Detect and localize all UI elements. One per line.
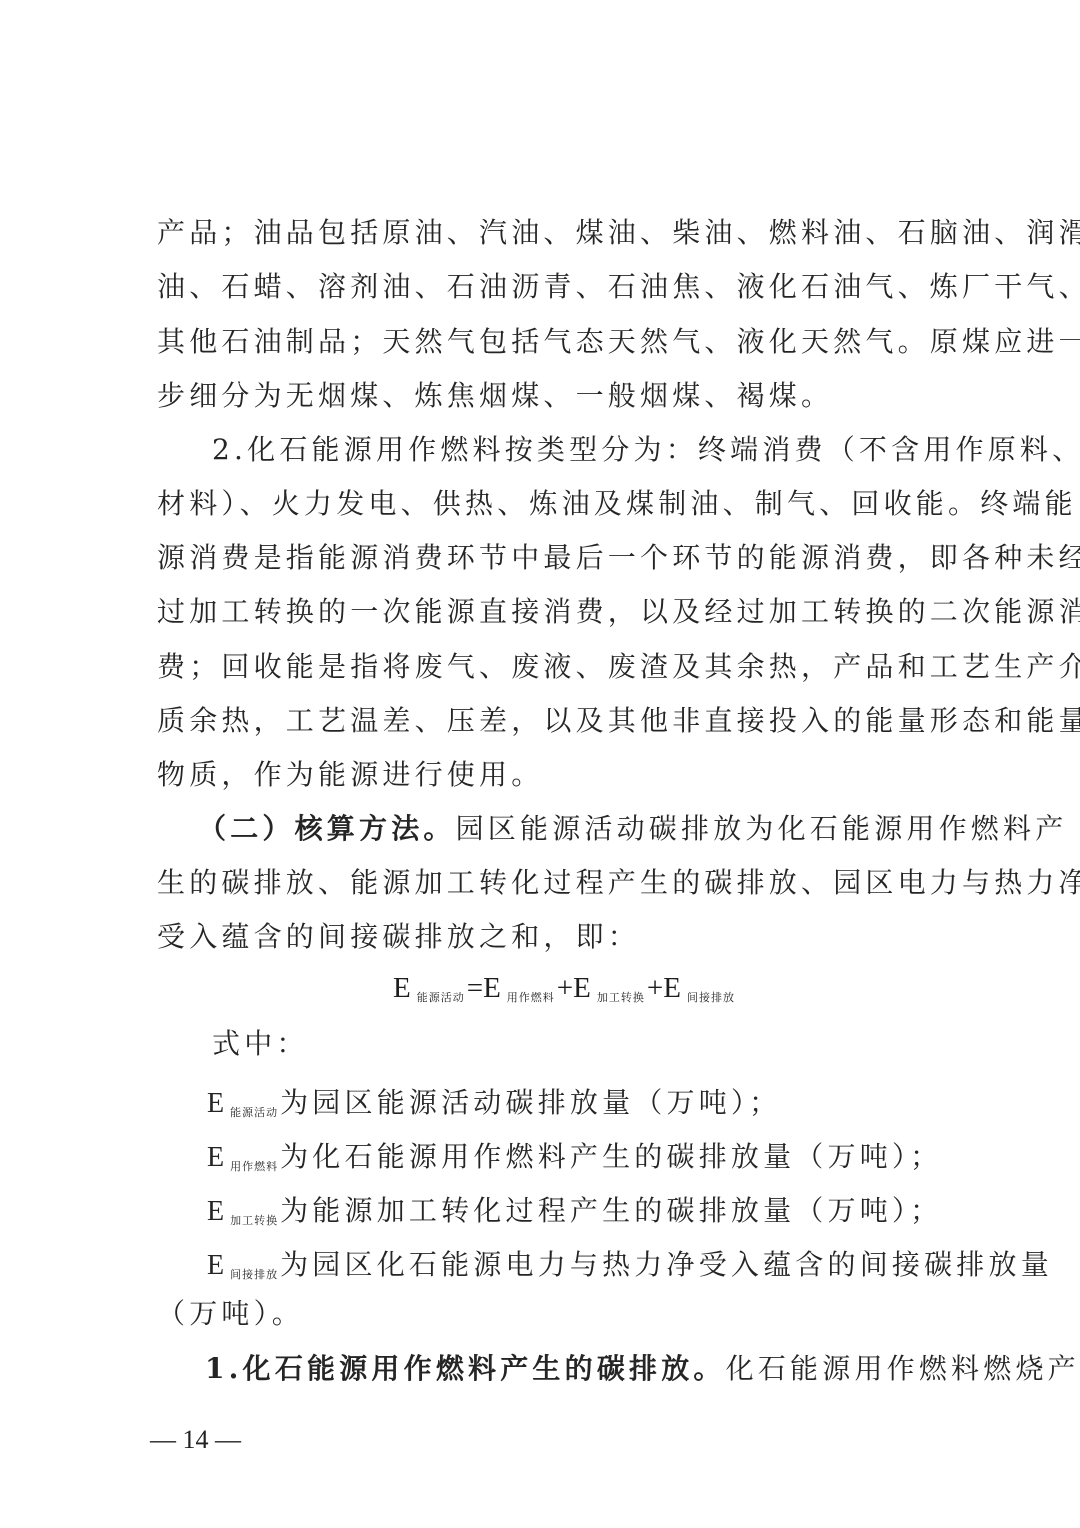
paragraph-line: 受入蕴含的间接碳排放之和，即： <box>157 920 942 954</box>
paragraph-line: 源消费是指能源消费环节中最后一个环节的能源消费，即各种未经 <box>157 541 942 575</box>
paragraph-line: 1.化石能源用作燃料产生的碳排放。化石能源用作燃料燃烧产 <box>205 1352 942 1386</box>
paragraph-line: 油、石蜡、溶剂油、石油沥青、石油焦、液化石油气、炼厂干气、 <box>157 270 942 304</box>
emission-formula: E能源活动=E用作燃料+E加工转换+E间接排放 <box>393 972 737 1005</box>
paragraph-line: 材料）、火力发电、供热、炼油及煤制油、制气、回收能。终端能 <box>157 487 942 521</box>
document-page: 产品；油品包括原油、汽油、煤油、柴油、燃料油、石脑油、润滑 油、石蜡、溶剂油、石… <box>0 0 1080 1528</box>
definition-continuation: （万吨）。 <box>157 1297 942 1331</box>
definition-item: E用作燃料为化石能源用作燃料产生的碳排放量（万吨）； <box>207 1135 942 1175</box>
paragraph-line: 物质，作为能源进行使用。 <box>157 758 942 792</box>
paragraph-line: 费；回收能是指将废气、废液、废渣及其余热，产品和工艺生产介 <box>157 650 942 684</box>
paragraph-line: 过加工转换的一次能源直接消费，以及经过加工转换的二次能源消 <box>157 595 942 629</box>
page-number: — 14 — <box>150 1425 241 1455</box>
paragraph-line: 步细分为无烟煤、炼焦烟煤、一般烟煤、褐煤。 <box>157 379 942 413</box>
definition-item: E间接排放为园区化石能源电力与热力净受入蕴含的间接碳排放量 <box>207 1243 1053 1283</box>
paragraph-line: 2.化石能源用作燃料按类型分为：终端消费（不含用作原料、 <box>212 433 942 467</box>
paragraph-line: 生的碳排放、能源加工转化过程产生的碳排放、园区电力与热力净 <box>157 866 942 900</box>
definition-item: E加工转换为能源加工转化过程产生的碳排放量（万吨）； <box>207 1189 942 1229</box>
paragraph-line: 产品；油品包括原油、汽油、煤油、柴油、燃料油、石脑油、润滑 <box>157 216 942 250</box>
paragraph-line: （二）核算方法。园区能源活动碳排放为化石能源用作燃料产 <box>198 812 942 846</box>
definition-item: E能源活动为园区能源活动碳排放量（万吨）； <box>207 1081 781 1121</box>
section-heading: （二）核算方法。 <box>198 812 456 845</box>
where-label: 式中： <box>212 1027 942 1061</box>
subsection-heading: 1.化石能源用作燃料产生的碳排放。 <box>205 1352 726 1385</box>
paragraph-line: 其他石油制品；天然气包括气态天然气、液化天然气。原煤应进一 <box>157 325 942 359</box>
paragraph-line: 质余热，工艺温差、压差，以及其他非直接投入的能量形态和能量 <box>157 704 942 738</box>
